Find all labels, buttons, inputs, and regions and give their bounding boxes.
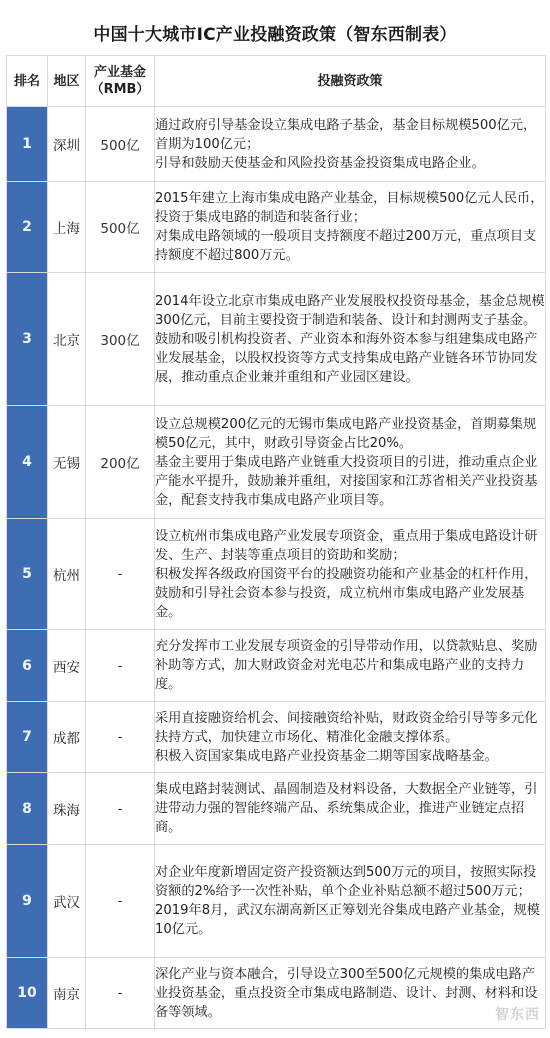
fund-cell: 500亿	[86, 107, 155, 182]
policy-paragraph: 充分发挥市工业发展专项资金的引导带动作用，以贷款贴息、奖励补助等方式，加大财政资…	[155, 637, 545, 694]
policy-paragraph: 设立总规模200亿元的无锡市集成电路产业投资基金，首期募集规模50亿元，其中，财…	[155, 415, 545, 453]
header-fund-line1: 产业基金	[86, 64, 154, 81]
watermark-logo: 智东西	[495, 1004, 540, 1024]
policy-paragraph: 设立杭州市集成电路产业发展专项资金，重点用于集成电路设计研发、生产、封装等重点项…	[155, 527, 545, 565]
policy-cell: 集成电路封装测试、晶圆制造及材料设备，大数据全产业链等，引进带动力强的智能终端产…	[155, 773, 546, 845]
table-row: 3北京300亿2014年设立北京市集成电路产业发展股权投资母基金，基金总规模30…	[7, 273, 546, 406]
rank-cell: 7	[7, 702, 48, 773]
region-cell: 上海	[48, 182, 86, 273]
policy-paragraph: 积极发挥各级政府国资平台的投融资功能和产业基金的杠杆作用，鼓励和引导社会资本参与…	[155, 565, 545, 622]
header-fund: 产业基金 （RMB）	[86, 56, 155, 107]
policy-paragraph: 鼓励和吸引机构投资者、产业资本和海外资本参与组建集成电路产业发展基金，以股权投资…	[155, 330, 545, 387]
table-row: 9武汉-对企业年度新增固定资产投资额达到500万元的项目，按照实际投资额的2%给…	[7, 845, 546, 958]
fund-cell: -	[86, 958, 155, 1029]
policy-cell: 充分发挥市工业发展专项资金的引导带动作用，以贷款贴息、奖励补助等方式，加大财政资…	[155, 630, 546, 702]
policy-cell: 设立总规模200亿元的无锡市集成电路产业投资基金，首期募集规模50亿元，其中，财…	[155, 406, 546, 519]
rank-cell: 1	[7, 107, 48, 182]
fund-cell: 300亿	[86, 273, 155, 406]
policy-paragraph: 采用直接融资给机会、间接融资给补贴，财政资金给引导等多元化扶持方式，加快建立市场…	[155, 709, 545, 747]
table-row: 7成都-采用直接融资给机会、间接融资给补贴，财政资金给引导等多元化扶持方式，加快…	[7, 702, 546, 773]
region-cell: 珠海	[48, 773, 86, 845]
header-rank: 排名	[7, 56, 48, 107]
table-row: 6西安-充分发挥市工业发展专项资金的引导带动作用，以贷款贴息、奖励补助等方式，加…	[7, 630, 546, 702]
header-policy: 投融资政策	[155, 56, 546, 107]
policy-cell: 深化产业与资本融合，引导设立300至500亿元规模的集成电路产业投资基金，重点投…	[155, 958, 546, 1029]
rank-cell: 10	[7, 958, 48, 1029]
policy-paragraph: 2015年建立上海市集成电路产业基金，目标规模500亿元人民币，投资于集成电路的…	[155, 189, 545, 227]
rank-cell: 9	[7, 845, 48, 958]
header-row: 排名 地区 产业基金 （RMB） 投融资政策	[7, 56, 546, 107]
rank-cell: 6	[7, 630, 48, 702]
policy-paragraph: 2019年8月，武汉东湖高新区正筹划光谷集成电路产业基金，规模10亿元。	[155, 901, 545, 939]
table-title: 中国十大城市IC产业投融资政策（智东西制表）	[0, 20, 550, 45]
rank-cell: 8	[7, 773, 48, 845]
table-row: 5杭州-设立杭州市集成电路产业发展专项资金，重点用于集成电路设计研发、生产、封装…	[7, 519, 546, 630]
policy-cell: 2014年设立北京市集成电路产业发展股权投资母基金，基金总规模300亿元，目前主…	[155, 273, 546, 406]
region-cell: 北京	[48, 273, 86, 406]
table-row: 1深圳500亿通过政府引导基金设立集成电路子基金，基金目标规模500亿元，首期为…	[7, 107, 546, 182]
policy-paragraph: 通过政府引导基金设立集成电路子基金，基金目标规模500亿元，首期为100亿元；	[155, 116, 545, 154]
policy-paragraph: 2014年设立北京市集成电路产业发展股权投资母基金，基金总规模300亿元，目前主…	[155, 292, 545, 330]
policy-cell: 通过政府引导基金设立集成电路子基金，基金目标规模500亿元，首期为100亿元；引…	[155, 107, 546, 182]
region-cell: 南京	[48, 958, 86, 1029]
header-fund-line2: （RMB）	[86, 81, 154, 98]
policy-cell: 对企业年度新增固定资产投资额达到500万元的项目，按照实际投资额的2%给予一次性…	[155, 845, 546, 958]
policy-paragraph: 对企业年度新增固定资产投资额达到500万元的项目，按照实际投资额的2%给予一次性…	[155, 863, 545, 901]
table-row: 10南京-深化产业与资本融合，引导设立300至500亿元规模的集成电路产业投资基…	[7, 958, 546, 1029]
policy-cell: 设立杭州市集成电路产业发展专项资金，重点用于集成电路设计研发、生产、封装等重点项…	[155, 519, 546, 630]
policy-paragraph: 深化产业与资本融合，引导设立300至500亿元规模的集成电路产业投资基金，重点投…	[155, 965, 545, 1022]
region-cell: 西安	[48, 630, 86, 702]
rank-cell: 5	[7, 519, 48, 630]
rank-cell: 3	[7, 273, 48, 406]
fund-cell: 200亿	[86, 406, 155, 519]
region-cell: 杭州	[48, 519, 86, 630]
fund-cell: -	[86, 773, 155, 845]
header-region: 地区	[48, 56, 86, 107]
fund-cell: -	[86, 630, 155, 702]
rank-cell: 4	[7, 406, 48, 519]
policy-cell: 采用直接融资给机会、间接融资给补贴，财政资金给引导等多元化扶持方式，加快建立市场…	[155, 702, 546, 773]
policy-paragraph: 集成电路封装测试、晶圆制造及材料设备，大数据全产业链等，引进带动力强的智能终端产…	[155, 780, 545, 837]
fund-cell: -	[86, 845, 155, 958]
policy-paragraph: 积极入资国家集成电路产业投资基金二期等国家战略基金。	[155, 747, 545, 766]
policy-paragraph: 基金主要用于集成电路产业链重大投资项目的引进，推动重点企业产能水平提升，鼓励兼并…	[155, 453, 545, 510]
region-cell: 深圳	[48, 107, 86, 182]
policy-table: 排名 地区 产业基金 （RMB） 投融资政策 1深圳500亿通过政府引导基金设立…	[6, 55, 546, 1029]
policy-paragraph: 对集成电路领域的一般项目支持额度不超过200万元，重点项目支持额度不超过800万…	[155, 227, 545, 265]
region-cell: 成都	[48, 702, 86, 773]
region-cell: 无锡	[48, 406, 86, 519]
table-row: 4无锡200亿设立总规模200亿元的无锡市集成电路产业投资基金，首期募集规模50…	[7, 406, 546, 519]
region-cell: 武汉	[48, 845, 86, 958]
table-row: 2上海500亿2015年建立上海市集成电路产业基金，目标规模500亿元人民币，投…	[7, 182, 546, 273]
rank-cell: 2	[7, 182, 48, 273]
policy-paragraph: 引导和鼓励天使基金和风险投资基金投资集成电路企业。	[155, 154, 545, 173]
fund-cell: -	[86, 519, 155, 630]
table-row: 8珠海-集成电路封装测试、晶圆制造及材料设备，大数据全产业链等，引进带动力强的智…	[7, 773, 546, 845]
fund-cell: 500亿	[86, 182, 155, 273]
fund-cell: -	[86, 702, 155, 773]
policy-cell: 2015年建立上海市集成电路产业基金，目标规模500亿元人民币，投资于集成电路的…	[155, 182, 546, 273]
